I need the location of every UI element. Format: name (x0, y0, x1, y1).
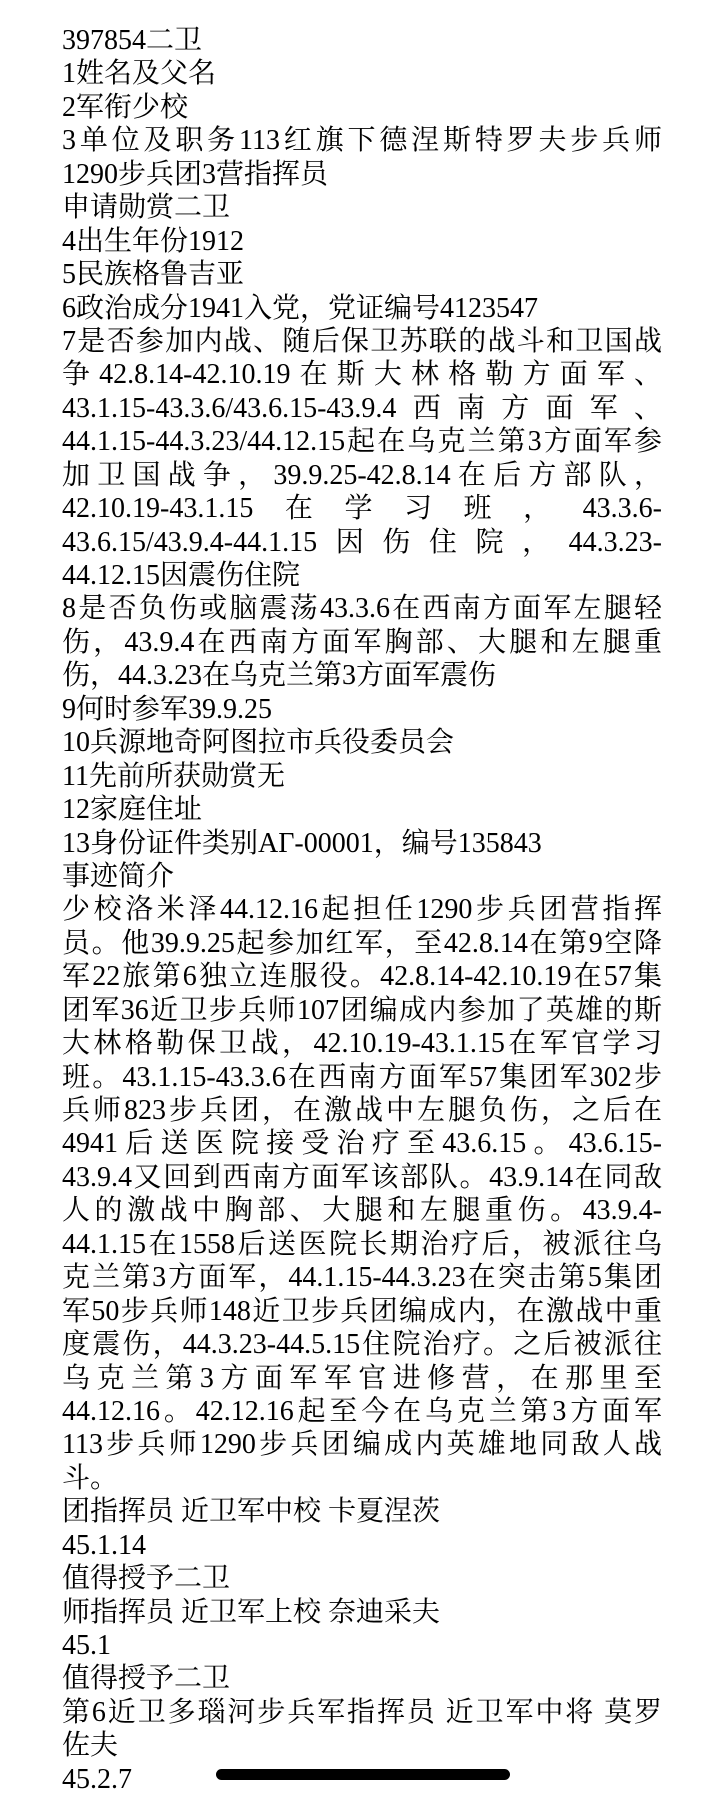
text-line: 10兵源地奇阿图拉市兵役委员会 (62, 726, 662, 759)
text-line: 度震伤，44.3.23-44.5.15住院治疗。之后被派往 (62, 1328, 662, 1361)
text-line: 少校洛米泽44.12.16起担任1290步兵团营指挥 (62, 893, 662, 926)
text-line: 伤，44.3.23在乌克兰第3方面军震伤 (62, 659, 662, 692)
text-line: 师指挥员 近卫军上校 奈迪采夫 (62, 1596, 662, 1629)
text-line: 申请勋赏二卫 (62, 191, 662, 224)
text-line: 值得授予二卫 (62, 1662, 662, 1695)
text-line: 13身份证件类别АГ-00001，编号135843 (62, 827, 662, 860)
text-line: 8是否负伤或脑震荡43.3.6在西南方面军左腿轻 (62, 592, 662, 625)
signature-redaction-bar (216, 1769, 510, 1780)
text-line: 团指挥员 近卫军中校 卡夏涅茨 (62, 1495, 662, 1528)
text-line: 113步兵师1290步兵团编成内英雄地同敌人战 (62, 1428, 662, 1461)
text-line: 伤，43.9.4在西南方面军胸部、大腿和左腿重 (62, 626, 662, 659)
text-line: 42.10.19-43.1.15在学习班，43.3.6- (62, 492, 662, 525)
text-line: 1290步兵团3营指挥员 (62, 158, 662, 191)
text-line: 45.1 (62, 1629, 662, 1662)
text-line: 4941后送医院接受治疗至43.6.15。43.6.15- (62, 1127, 662, 1160)
text-line: 大林格勒保卫战，42.10.19-43.1.15在军官学习 (62, 1027, 662, 1060)
text-line: 12家庭住址 (62, 793, 662, 826)
text-line: 乌克兰第3方面军军官进修营，在那里至 (62, 1362, 662, 1395)
text-line: 克兰第3方面军，44.1.15-44.3.23在突击第5集团 (62, 1261, 662, 1294)
text-line: 军22旅第6独立连服役。42.8.14-42.10.19在57集 (62, 960, 662, 993)
text-line: 43.9.4又回到西南方面军该部队。43.9.14在同敌 (62, 1161, 662, 1194)
text-line: 争42.8.14-42.10.19在斯大林格勒方面军、 (62, 358, 662, 391)
text-line: 44.1.15在1558后送医院长期治疗后，被派往乌 (62, 1228, 662, 1261)
text-line: 军50步兵师148近卫步兵团编成内，在激战中重 (62, 1295, 662, 1328)
text-line: 43.1.15-43.3.6/43.6.15-43.9.4西南方面军、 (62, 392, 662, 425)
text-line: 4出生年份1912 (62, 225, 662, 258)
text-line: 事迹简介 (62, 860, 662, 893)
text-line: 43.6.15/43.9.4-44.1.15因伤住院，44.3.23- (62, 526, 662, 559)
text-line: 44.1.15-44.3.23/44.12.15起在乌克兰第3方面军参 (62, 425, 662, 458)
document-text: 397854二卫1姓名及父名2军衔少校3单位及职务113红旗下德涅斯特罗夫步兵师… (62, 24, 662, 1796)
text-line: 44.12.15因震伤住院 (62, 559, 662, 592)
text-line: 2军衔少校 (62, 91, 662, 124)
text-line: 45.1.14 (62, 1529, 662, 1562)
text-line: 加卫国战争，39.9.25-42.8.14在后方部队， (62, 459, 662, 492)
text-line: 班。43.1.15-43.3.6在西南方面军57集团军302步 (62, 1061, 662, 1094)
text-line: 斗。 (62, 1462, 662, 1495)
text-line: 6政治成分1941入党，党证编号4123547 (62, 292, 662, 325)
text-line: 佐夫 (62, 1729, 662, 1762)
text-line: 兵师823步兵团，在激战中左腿负伤，之后在 (62, 1094, 662, 1127)
text-line: 3单位及职务113红旗下德涅斯特罗夫步兵师 (62, 124, 662, 157)
text-line: 397854二卫 (62, 24, 662, 57)
text-line: 1姓名及父名 (62, 57, 662, 90)
text-line: 第6近卫多瑙河步兵军指挥员 近卫军中将 莫罗 (62, 1696, 662, 1729)
text-line: 9何时参军39.9.25 (62, 693, 662, 726)
text-line: 值得授予二卫 (62, 1562, 662, 1595)
text-line: 7是否参加内战、随后保卫苏联的战斗和卫国战 (62, 325, 662, 358)
text-line: 团军36近卫步兵师107团编成内参加了英雄的斯 (62, 994, 662, 1027)
text-line: 11先前所获勋赏无 (62, 760, 662, 793)
text-line: 员。他39.9.25起参加红军，至42.8.14在第9空降 (62, 927, 662, 960)
text-line: 人的激战中胸部、大腿和左腿重伤。43.9.4- (62, 1194, 662, 1227)
text-line: 5民族格鲁吉亚 (62, 258, 662, 291)
text-line: 44.12.16。42.12.16起至今在乌克兰第3方面军 (62, 1395, 662, 1428)
